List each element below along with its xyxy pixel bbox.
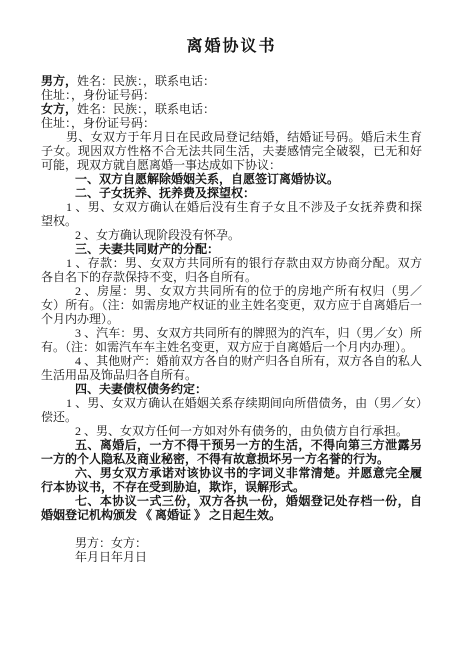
article-1-heading: 一、双方自愿解除婚姻关系，自愿签订离婚协议。 — [41, 172, 422, 186]
article-2-heading: 二、子女抚养、抚养费及探望权： — [41, 186, 422, 200]
article-2-item-1: 1 、男、女双方确认在婚后没有生育子女且不涉及子女抚养费和探望权。 — [41, 200, 422, 228]
article-3-item-4: 4 、其他财产：婚前双方各自的财产归各自所有，双方各自的私人生活用品及饰品归各自… — [41, 354, 422, 382]
article-7-paragraph: 七、本协议一式三份，双方各执一份，婚姻登记处存档一份，自婚姻登记机构颁发 《 离… — [41, 494, 422, 522]
article-3-heading: 三、夫妻共同财产的分配： — [41, 242, 422, 256]
party-female-details: 姓名：民族：，联系电话： — [77, 102, 215, 116]
document-body: 男方，姓名：民族：，联系电话： 住址：，身份证号码： 女方，姓名：民族：，联系电… — [41, 74, 422, 564]
intro-paragraph: 男、女双方于年月日在民政局登记结婚，结婚证号码。婚后未生育子女。现因双方性格不合… — [41, 130, 422, 172]
party-female-address-line: 住址：，身份证号码： — [41, 116, 422, 130]
article-4-item-2: 2 、男、女双方任何一方如对外有债务的，由负债方自行承担。 — [41, 424, 422, 438]
party-male-line: 男方，姓名：民族：，联系电话： — [41, 74, 422, 88]
article-2-item-2: 2 、女方确认现阶段没有怀孕。 — [41, 228, 422, 242]
document-title: 离婚协议书 — [41, 38, 422, 55]
article-3-item-3: 3 、汽车：男、女双方共同所有的牌照为的汽车，归（男／女）所有。（注：如需汽车车… — [41, 326, 422, 354]
party-male-address-line: 住址：，身份证号码： — [41, 88, 422, 102]
article-4-heading: 四、夫妻债权债务约定： — [41, 382, 422, 396]
party-female-label: 女方， — [41, 102, 77, 116]
signature-block: 男方：女方： 年月日年月日 — [41, 536, 422, 564]
signature-date-line: 年月日年月日 — [41, 550, 422, 564]
signature-parties-line: 男方：女方： — [41, 536, 422, 550]
party-male-details: 姓名：民族：，联系电话： — [77, 74, 215, 88]
article-5-paragraph: 五、离婚后，一方不得干预另一方的生活，不得向第三方泄露另一方的个人隐私及商业秘密… — [41, 438, 422, 466]
article-3-item-1: 1 、存款：男、女双方共同所有的银行存款由双方协商分配。双方各自名下的存款保持不… — [41, 256, 422, 284]
party-male-label: 男方， — [41, 74, 77, 88]
document-page: 离婚协议书 男方，姓名：民族：，联系电话： 住址：，身份证号码： 女方，姓名：民… — [0, 0, 463, 655]
article-3-item-2: 2 、房屋：男、女双方共同所有的位于的房地产所有权归（男／女）所有。（注：如需房… — [41, 284, 422, 326]
article-4-item-1: 1 、男、女双方确认在婚姻关系存续期间向所借债务，由（男／女）偿还。 — [41, 396, 422, 424]
party-female-line: 女方，姓名：民族：，联系电话： — [41, 102, 422, 116]
article-6-paragraph: 六、男女双方承诺对该协议书的字词义非常清楚。并愿意完全履行本协议书，不存在受到胁… — [41, 466, 422, 494]
